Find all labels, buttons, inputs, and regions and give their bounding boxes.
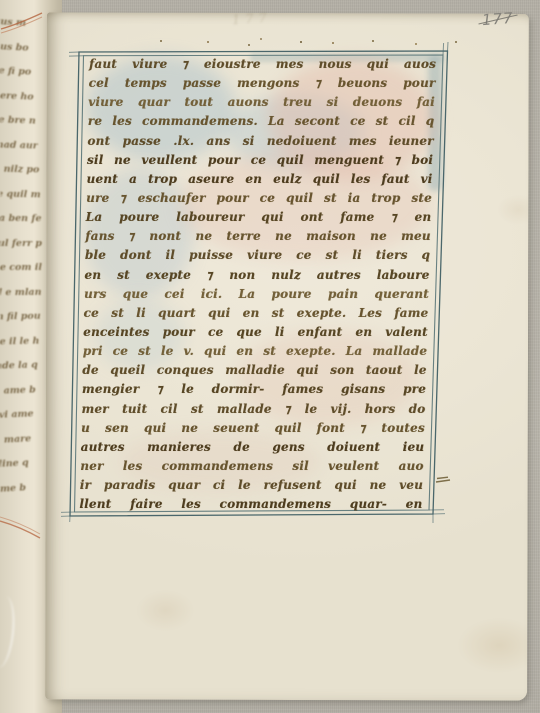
text-line: ce st li quart qui en st exepte. Les fam…	[84, 304, 429, 323]
text-line: autres manieres de gens doiuent ieu	[81, 438, 425, 457]
text-line: ir paradis quar ci le refusent qui ne ve…	[80, 476, 423, 495]
text-line: fans ⁊ nont ne terre ne maison ne meu	[85, 227, 430, 246]
text-line: cel temps passe mengons ⁊ beuons pour	[89, 74, 436, 93]
text-line: urs que cei ici. La poure pain querant	[84, 285, 429, 304]
text-line: llent faire les commandemens quar- en	[79, 495, 422, 514]
text-line: ont passe .lx. ans si nedoiuent mes ieun…	[87, 132, 433, 151]
text-line: viure quar tout auons treu si deuons fai	[88, 93, 435, 112]
text-line: de queil conques malladie qui son taout …	[82, 361, 426, 380]
text-line: ure ⁊ eschaufer pour ce quil st ia trop …	[86, 189, 432, 208]
text-line: re les commandemens. La secont ce st cil…	[88, 112, 434, 131]
text-line: en st exepte ⁊ non nulz autres laboure	[84, 266, 429, 285]
text-line: enceintes pour ce que li enfant en valen…	[83, 323, 428, 342]
text-line: faut viure ⁊ eioustre mes nous qui auos	[89, 55, 436, 74]
text-line: u sen qui ne seuent quil font ⁊ toutes	[81, 419, 425, 438]
ink-specks	[160, 40, 162, 42]
text-line: sil ne veullent pour ce quil menguent ⁊ …	[87, 151, 433, 170]
text-line: pri ce st le v. qui en st exepte. La mal…	[83, 342, 427, 361]
folio-number-offset-ghost: 177	[232, 11, 273, 29]
text-line: mer tuit cil st mallade ⁊ le vij. hors d…	[81, 400, 425, 419]
text-line: ble dont il puisse viure ce st li tiers …	[85, 246, 430, 265]
text-line: La poure laboureur qui ont fame ⁊ en	[86, 208, 432, 227]
text-block: faut viure ⁊ eioustre mes nous qui auosc…	[89, 55, 436, 514]
text-line: mengier ⁊ le dormir- fames gisans pre	[82, 380, 426, 399]
folio-number: 177	[481, 9, 514, 29]
text-line: uent a trop aseure en eulz quil les faut…	[86, 170, 432, 189]
text-line: ner les commandemens sil veulent auo	[80, 457, 423, 476]
manuscript-photo: me vus me vus bopune fi poaiere hone le …	[0, 0, 540, 713]
